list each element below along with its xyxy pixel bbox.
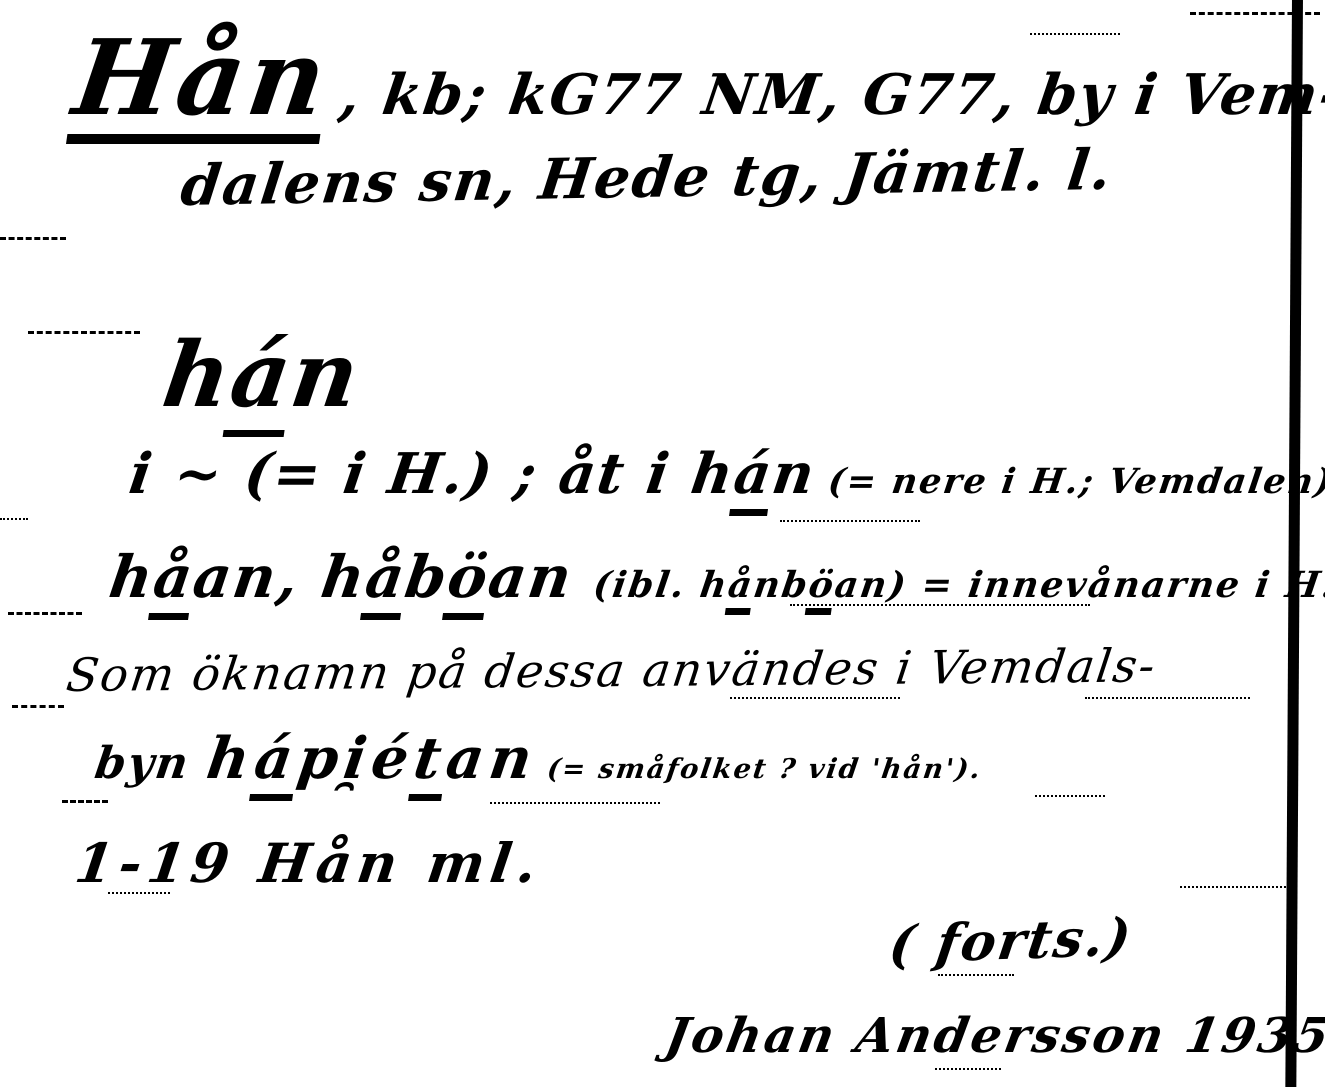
ruled-line-remnant [780,520,920,522]
reference-line: 1-19 Hån ml. [72,836,546,890]
ruled-line-remnant [8,612,82,615]
header-rest: , kb; kG77 NM, G77, by i Vem- [336,67,1325,123]
ruled-line-remnant [12,705,64,708]
usage-line: i ~ (= i H.) ; åt i hán (= nere i H.; Ve… [126,446,1325,502]
headword: Hån [66,26,336,144]
scanned-card: Hån, kb; kG77 NM, G77, by i Vem- dalens … [0,0,1325,1087]
ruled-line-remnant [1190,12,1320,15]
ruled-line-remnant [0,518,28,520]
continuation-note: ( forts.) [886,912,1136,972]
ruled-line-remnant [1085,697,1250,699]
nickname-line-1: Som öknamn på dessa användes i Vemdals- [64,643,1160,698]
ruled-line-remnant [938,974,1014,976]
ruled-line-remnant [28,331,140,334]
ruled-line-remnant [935,1068,1001,1070]
card-edge-line [1285,0,1303,1087]
header-line-2: dalens sn, Hede tg, Jämtl. l. [178,142,1116,214]
signature: Johan Andersson 1935. [662,1012,1325,1060]
ruled-line-remnant [730,697,900,699]
phonetic-headword: hán [158,330,366,420]
ruled-line-remnant [490,802,660,804]
ruled-line-remnant [62,800,108,803]
header-line: Hån, kb; kG77 NM, G77, by i Vem- [66,26,1325,144]
inhabitants-line: håan, håböan (ibl. hånböan) = innevånarn… [106,548,1325,606]
nickname-line-2: byn hápi̯étan (= småfolket ? vid 'hån'). [92,730,987,787]
ruled-line-remnant [1035,795,1105,797]
ruled-line-remnant [1180,886,1290,888]
ruled-line-remnant [0,237,66,240]
